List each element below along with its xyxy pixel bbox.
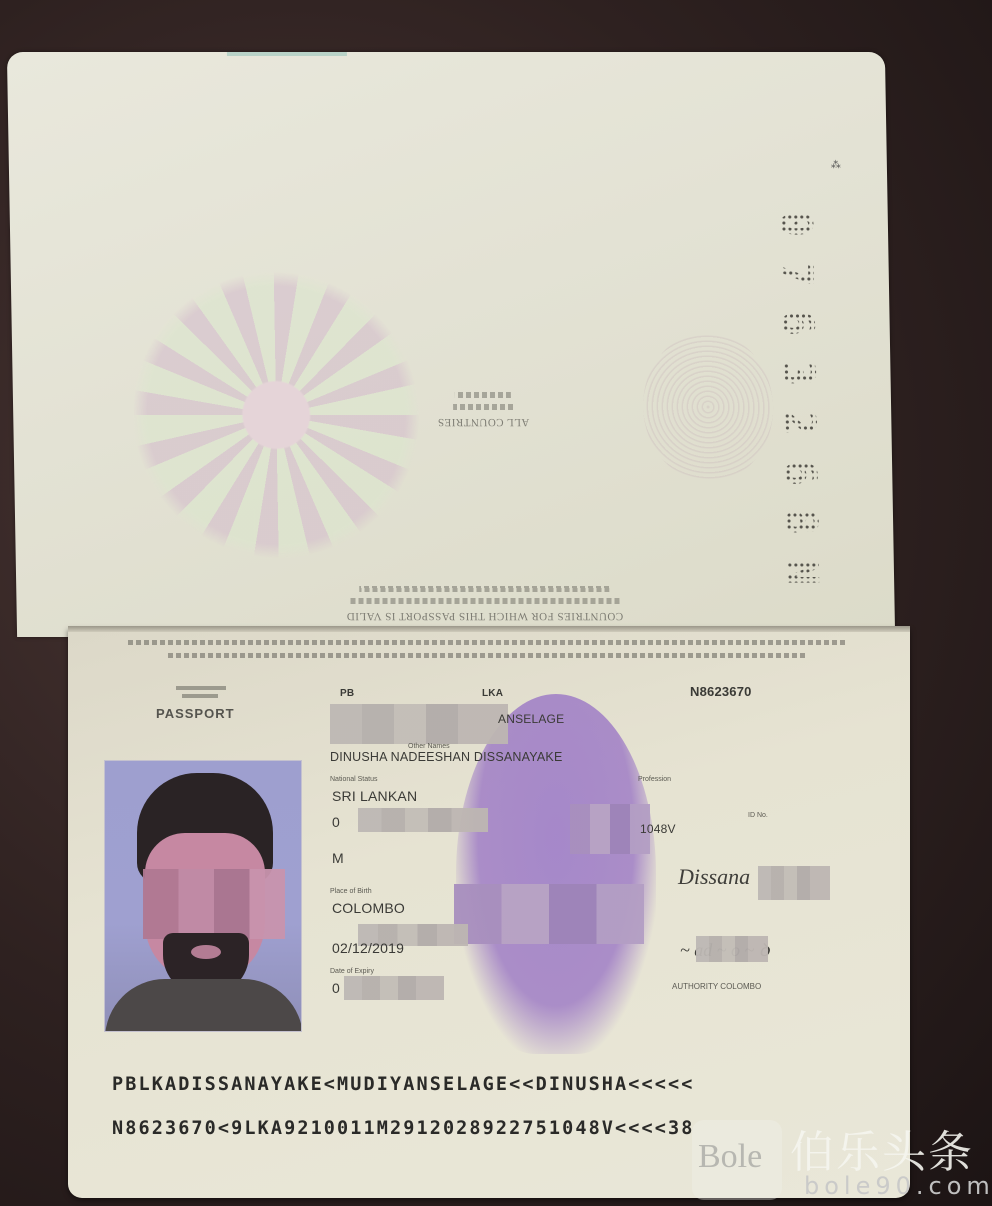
perforated-digit: N [779, 550, 824, 594]
photo-mouth [191, 945, 221, 959]
endorsement-block: ALL COUNTRIES [403, 392, 564, 428]
perforated-digit: 8 [778, 500, 823, 544]
document-label: PASSPORT [156, 706, 235, 721]
rosette-security-pattern [129, 270, 424, 560]
id-number-label: ID No. [748, 812, 768, 819]
place-of-birth: COLOMBO [332, 900, 405, 916]
place-of-birth-label: Place of Birth [330, 888, 372, 895]
header-line-1 [128, 640, 848, 645]
passport-label-sinhala [176, 686, 226, 690]
id-number-partial: 1048V [640, 822, 676, 836]
ghost-image [456, 694, 656, 1054]
mrz-line-1: PBLKADISSANAYAKE<MUDIYANSELAGE<<DINUSHA<… [112, 1074, 694, 1095]
holder-signature: Dissana [678, 864, 750, 890]
sinhala-caption [359, 586, 609, 592]
document-type: PB [340, 688, 354, 699]
perforation-mark-icon: ⁂ [831, 160, 841, 171]
passport-photo-scene: ALL COUNTRIES COUNTRIES FOR WHICH THIS P… [0, 0, 992, 1206]
nationality: SRI LANKAN [332, 788, 417, 804]
expiry-redaction [344, 976, 444, 1000]
sex: M [332, 850, 344, 866]
tamil-text [453, 404, 513, 410]
watermark-chinese-title: 伯乐头条 [790, 1116, 974, 1180]
country-code: LKA [482, 688, 503, 699]
watermark-logo: Bole [698, 1138, 762, 1176]
passport-fold [68, 626, 910, 632]
page-tab [227, 52, 347, 56]
guilloche-pattern [642, 332, 775, 482]
date-of-birth-partial: 0 [332, 814, 340, 830]
passport-label-tamil [182, 694, 218, 698]
tamil-caption [349, 598, 619, 604]
endorsement-title: ALL COUNTRIES [403, 416, 563, 428]
validity-caption-block: COUNTRIES FOR WHICH THIS PASSPORT IS VAL… [284, 586, 685, 622]
validity-caption: COUNTRIES FOR WHICH THIS PASSPORT IS VAL… [285, 610, 685, 622]
passport-number: N8623670 [690, 684, 752, 699]
holder-photo [104, 760, 302, 1032]
other-names: DINUSHA NADEESHAN DISSANAYAKE [330, 750, 562, 764]
watermark-url: bole90.com [804, 1172, 992, 1200]
issuing-state-header [128, 640, 858, 676]
perforated-digit: 3 [775, 351, 820, 395]
date-of-expiry-label: Date of Expiry [330, 968, 374, 975]
face-redaction [143, 869, 285, 939]
sinhala-text [455, 392, 511, 398]
photo-shirt [105, 979, 302, 1032]
perforated-digit: 6 [777, 451, 822, 495]
profession-label: Profession [638, 776, 671, 783]
site-watermark: Bole 伯乐头条 bole90.com [692, 1120, 992, 1206]
date-of-issue: 02/12/2019 [332, 940, 404, 956]
header-line-2 [168, 653, 808, 658]
perforated-passport-number: 0 7 6 3 2 6 8 N [770, 202, 827, 594]
ghost-redaction [454, 884, 644, 944]
date-of-expiry-partial: 0 [332, 980, 340, 996]
id-number-redaction [570, 804, 650, 854]
passport-upper-page: ALL COUNTRIES COUNTRIES FOR WHICH THIS P… [7, 52, 895, 637]
perforated-digit: 0 [773, 202, 818, 246]
surname-redaction [330, 704, 508, 744]
signature-redaction [758, 866, 830, 900]
authority-signature-redaction [696, 936, 768, 962]
perforated-digit: 6 [774, 301, 819, 345]
authority-label: AUTHORITY COLOMBO [672, 982, 761, 991]
mrz-line-2: N8623670<9LKA9210011M2912028922751048V<<… [112, 1118, 694, 1139]
surname-partial: ANSELAGE [498, 712, 564, 726]
passport-data-page: PASSPORT PB LKA N8623670 ANSELAGE Other … [68, 628, 910, 1198]
other-names-label: Other Names [408, 743, 450, 750]
perforated-digit: 7 [773, 252, 818, 296]
national-status-label: National Status [330, 776, 377, 783]
dob-redaction [358, 808, 488, 832]
perforated-digit: 2 [776, 401, 821, 445]
